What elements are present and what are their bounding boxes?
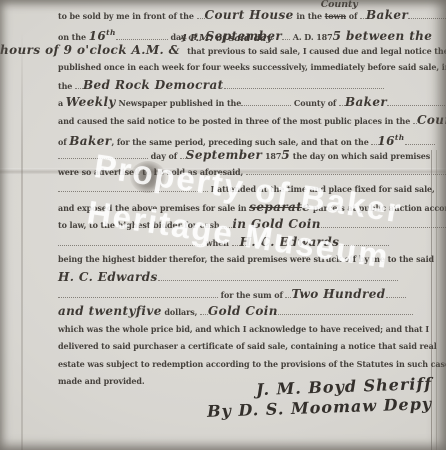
dotted-blank bbox=[285, 295, 291, 298]
document-line: and twentyfive dollars, Gold Coin bbox=[58, 303, 434, 320]
handwritten-text: Bed Rock Democrat bbox=[83, 78, 224, 92]
handwritten-text: Baker bbox=[69, 134, 111, 148]
dotted-blank bbox=[360, 16, 366, 19]
printed-text: parcels at public auction according bbox=[310, 203, 446, 213]
printed-text: published once in each week for four wee… bbox=[58, 62, 446, 72]
document-line: for the sum of Two Hundred bbox=[58, 286, 434, 303]
printed-text: being the highest bidder therefor, the s… bbox=[58, 254, 434, 264]
handwritten-text: Weekly bbox=[66, 95, 116, 109]
printed-text: the bbox=[58, 81, 75, 91]
document-line: which was the whole price bid, and which… bbox=[58, 321, 434, 338]
dotted-blank bbox=[282, 37, 290, 40]
dotted-blank bbox=[278, 312, 413, 315]
handwritten-text: H. C. Edwards bbox=[240, 235, 340, 249]
left-fold-crease bbox=[21, 30, 23, 450]
struck-handwritten-text: separate bbox=[249, 200, 310, 214]
printed-text: for the sum of bbox=[218, 290, 285, 300]
handwritten-text: H. C. Edwards bbox=[58, 270, 158, 284]
handwritten-text: Baker bbox=[345, 95, 387, 109]
dotted-blank bbox=[158, 278, 398, 281]
dotted-blank bbox=[321, 225, 446, 228]
dotted-blank bbox=[58, 243, 203, 246]
handwritten-text: County bbox=[417, 113, 446, 127]
dotted-blank bbox=[116, 37, 168, 40]
dotted-blank bbox=[58, 156, 148, 159]
handwritten-text: Baker bbox=[366, 8, 408, 22]
handwritten-text: and twentyfive bbox=[58, 304, 162, 318]
dotted-blank bbox=[224, 86, 384, 89]
dotted-blank bbox=[339, 103, 345, 106]
handwritten-text: Two Hundred bbox=[291, 287, 385, 301]
document-line: when H. C. Edwards bbox=[58, 234, 434, 251]
dotted-blank bbox=[180, 156, 186, 159]
handwritten-text: 5 bbox=[281, 148, 290, 162]
scanned-document-page: to be sold by me in front of the Court H… bbox=[0, 0, 446, 450]
printed-text: to law, to the highest bidder for cash bbox=[58, 220, 222, 230]
dotted-blank bbox=[339, 243, 389, 246]
dotted-blank bbox=[371, 142, 377, 145]
printed-text: a bbox=[58, 98, 66, 108]
document-line: estate was subject to redemption accordi… bbox=[58, 356, 434, 373]
handwritten-text: September bbox=[186, 148, 263, 162]
page-edge-line bbox=[436, 150, 437, 450]
dotted-blank bbox=[232, 243, 240, 246]
document-line: and exposed the above premises for sale … bbox=[58, 199, 434, 216]
dotted-blank bbox=[246, 172, 446, 175]
dotted-blank bbox=[75, 86, 83, 89]
document-body: to be sold by me in front of the Court H… bbox=[58, 7, 434, 391]
dotted-blank bbox=[405, 142, 435, 145]
dotted-blank bbox=[386, 295, 406, 298]
printed-text: I attended at the time and place fixed f… bbox=[208, 184, 435, 194]
handwritten-text: Court House bbox=[205, 8, 294, 22]
printed-text: , for the same period, preceding such sa… bbox=[111, 137, 371, 147]
printed-text: Newspaper published in the bbox=[116, 98, 241, 108]
printed-text: of bbox=[58, 137, 69, 147]
dotted-blank bbox=[58, 295, 218, 298]
printed-text: on the bbox=[58, 32, 89, 42]
printed-text: and exposed the above premises for sale … bbox=[58, 203, 249, 213]
printed-text: and caused the said notice to be posted … bbox=[58, 116, 413, 126]
document-line: published once in each week for four wee… bbox=[58, 59, 434, 76]
printed-text: which was the whole price bid, and which… bbox=[58, 324, 429, 334]
printed-text: 187 bbox=[262, 151, 281, 161]
handwritten-superscript: th bbox=[395, 133, 405, 142]
printed-text: made and provided. bbox=[58, 376, 145, 386]
handwritten-text: 16 bbox=[377, 134, 395, 148]
printed-text: estate was subject to redemption accordi… bbox=[58, 359, 446, 369]
document-line: to be sold by me in front of the Court H… bbox=[58, 7, 434, 24]
dotted-blank bbox=[197, 16, 205, 19]
printed-text: County of bbox=[291, 98, 339, 108]
printed-text: dollars, bbox=[162, 307, 200, 317]
dotted-blank bbox=[58, 189, 208, 192]
handwritten-text: hours of 9 o'clock A.M. & bbox=[0, 43, 184, 57]
document-line: day of September 1875 the day on which s… bbox=[58, 147, 434, 164]
dotted-blank bbox=[222, 225, 232, 228]
dotted-blank bbox=[241, 103, 291, 106]
document-line: hours of 9 o'clock A.M. & 4 P.M. of said… bbox=[0, 42, 434, 59]
printed-text: to be sold by me in front of the bbox=[58, 11, 197, 21]
printed-text: A. D. 187 bbox=[290, 32, 333, 42]
handwritten-text: Gold Coin bbox=[208, 304, 278, 318]
deputy-signature: By D. S. Moomaw Depy bbox=[207, 394, 433, 421]
printed-text: when bbox=[203, 238, 232, 248]
document-line: of Baker, for the same period, preceding… bbox=[58, 129, 434, 146]
handwritten-text: in Gold Coin bbox=[232, 217, 320, 231]
dotted-blank bbox=[200, 312, 208, 315]
document-line: delivered to said purchaser a certificat… bbox=[58, 338, 434, 355]
printed-text: delivered to said purchaser a certificat… bbox=[58, 341, 437, 351]
printed-text: the day on which said premises bbox=[290, 151, 430, 161]
dotted-blank bbox=[408, 16, 446, 19]
document-line: the Bed Rock Democrat bbox=[58, 77, 434, 94]
document-line: being the highest bidder therefor, the s… bbox=[58, 251, 434, 268]
printed-text: day of bbox=[148, 151, 180, 161]
dotted-blank bbox=[413, 121, 417, 124]
ink-stain bbox=[130, 161, 166, 193]
document-line: H. C. Edwards bbox=[58, 269, 434, 286]
document-line: and caused the said notice to be posted … bbox=[58, 112, 434, 129]
document-line: to law, to the highest bidder for cash i… bbox=[58, 216, 434, 233]
document-line: were so advertised to be sold as aforesa… bbox=[58, 164, 434, 181]
dotted-blank bbox=[387, 103, 446, 106]
document-line: a Weekly Newspaper published in the Coun… bbox=[58, 94, 434, 111]
handwritten-superscript: th bbox=[106, 28, 116, 37]
document-line: I attended at the time and place fixed f… bbox=[58, 181, 434, 198]
